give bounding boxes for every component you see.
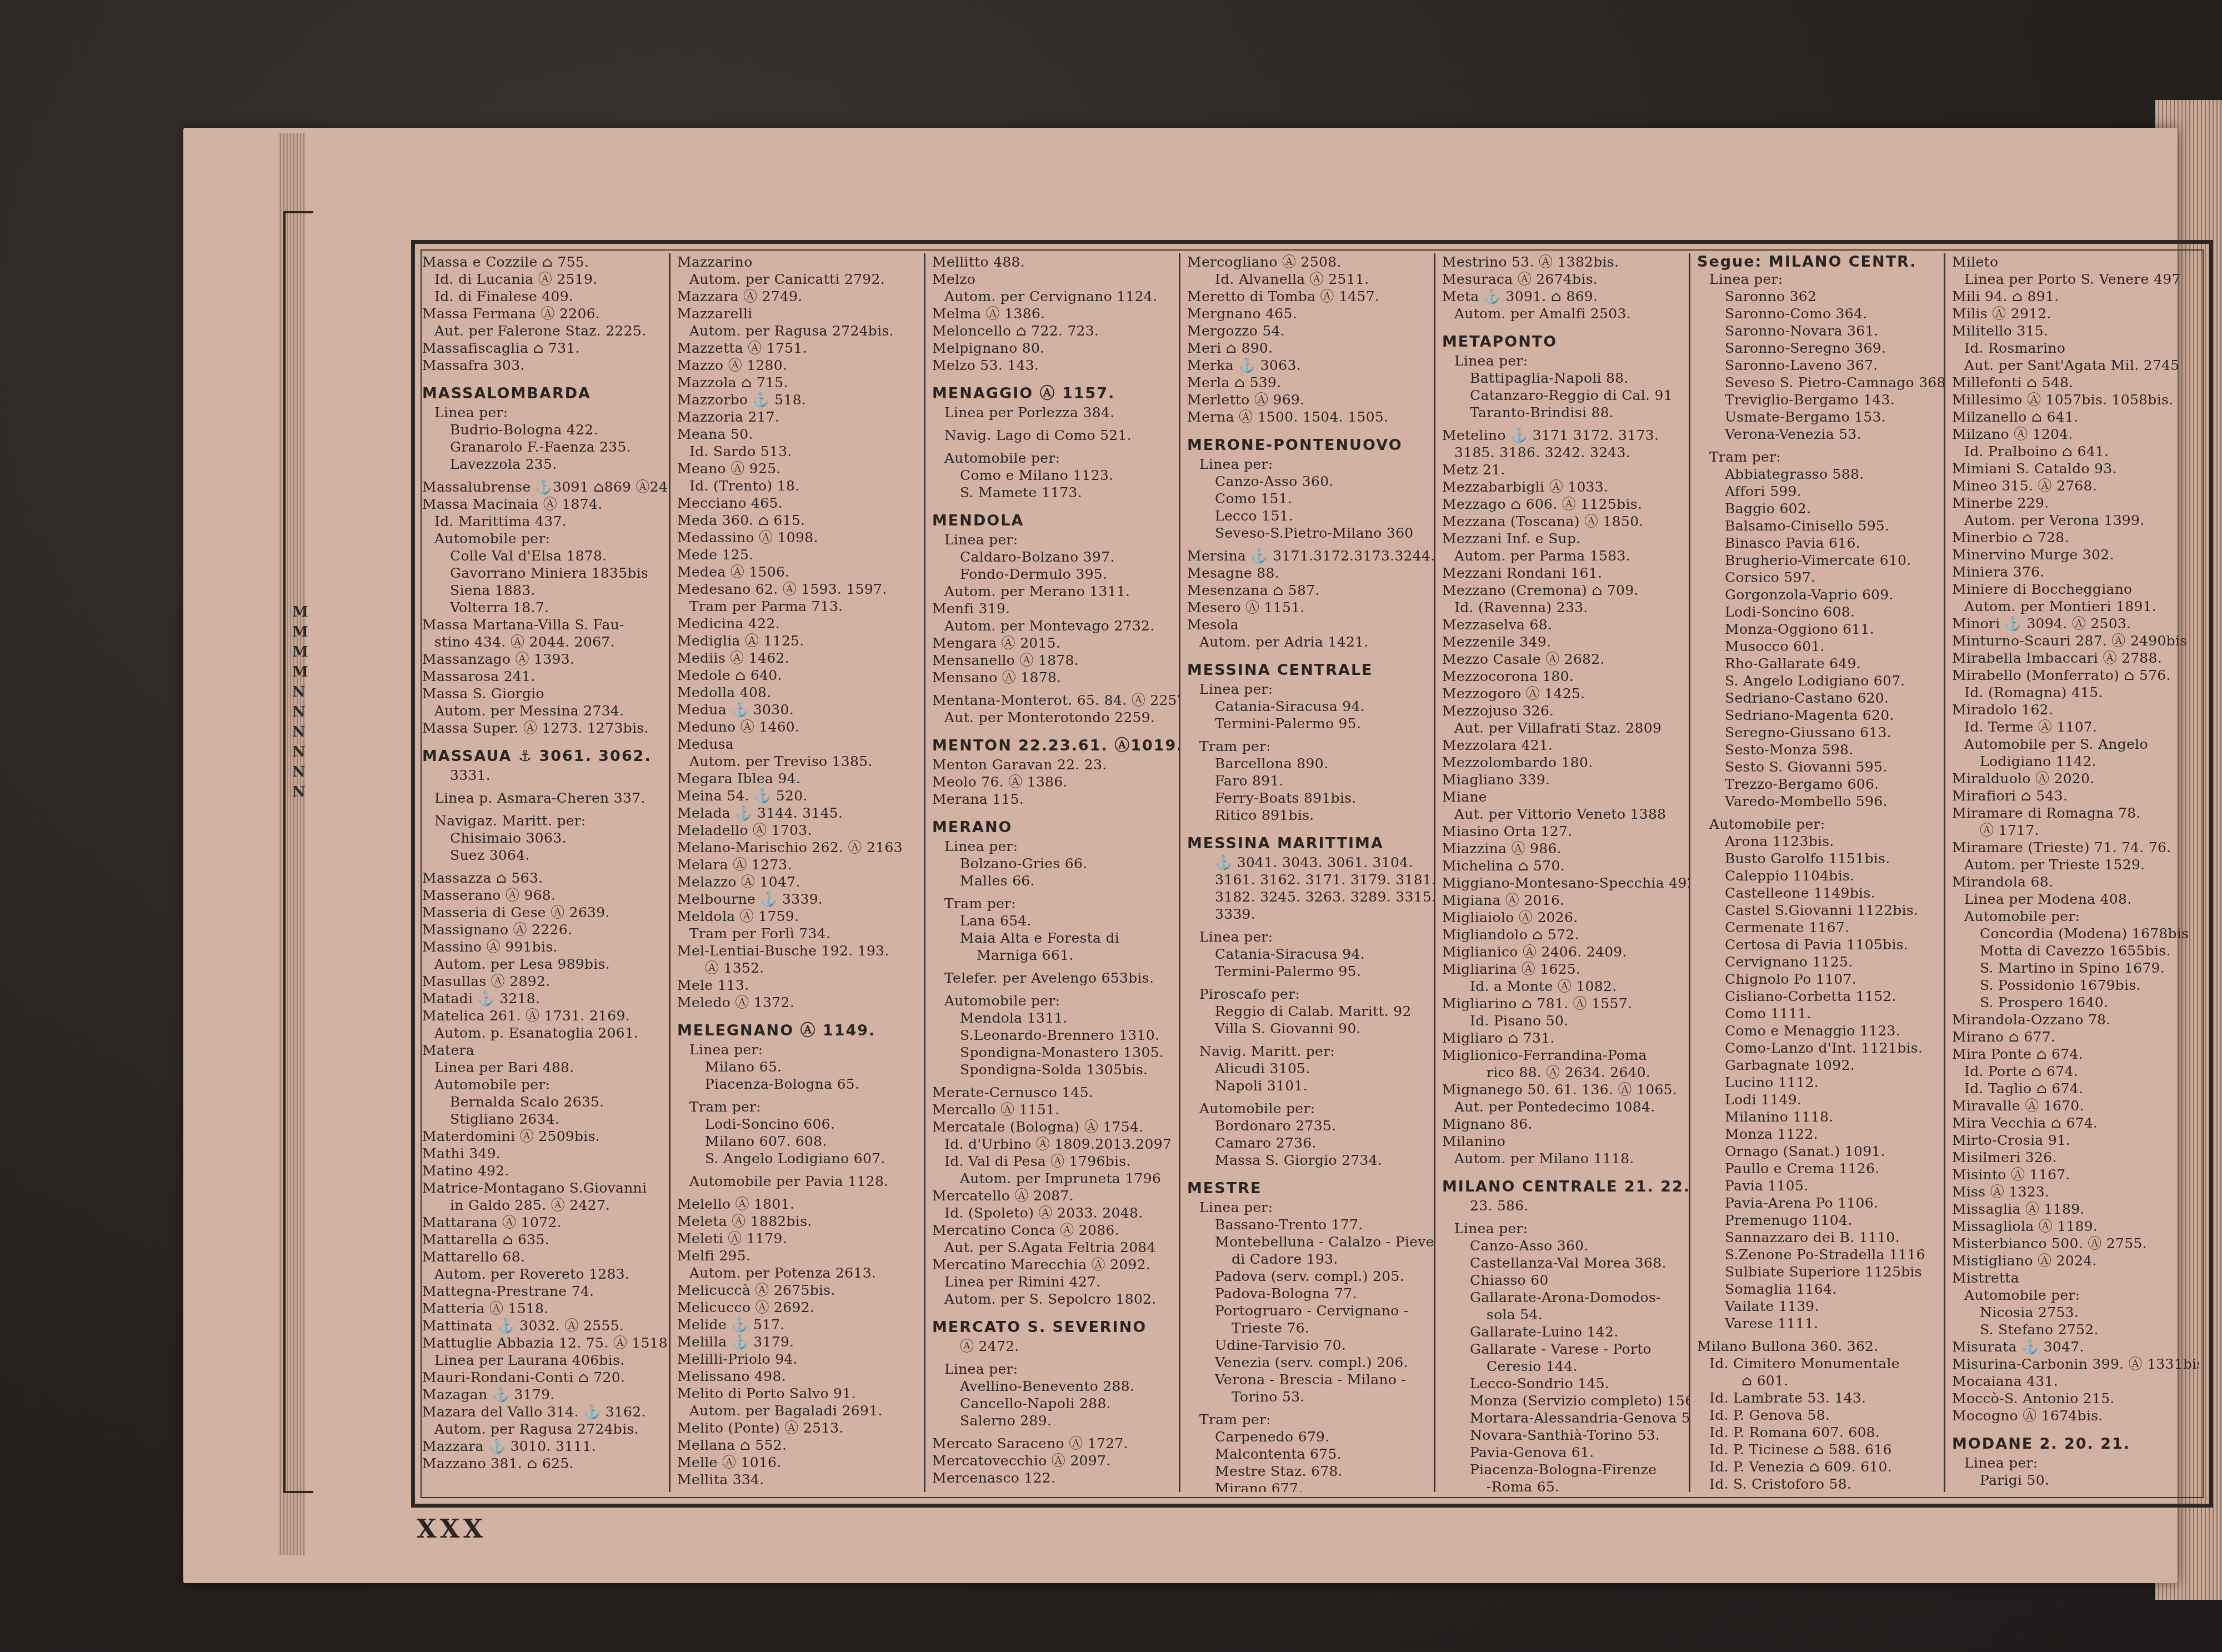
index-entry: Mattegna-Prestrane 74. <box>422 1283 664 1300</box>
index-entry: Ferry-Boats 891bis. <box>1187 789 1429 807</box>
index-entry: Millefonti ⌂ 548. <box>1952 374 2194 391</box>
index-entry: Caldaro-Bolzano 397. <box>932 548 1174 565</box>
index-heading: MASSALOMBARDA <box>422 384 664 404</box>
index-entry: Linea per: <box>1952 1454 2194 1471</box>
index-entry: Automobile per: <box>422 530 664 547</box>
index-entry: Miramare di Romagna 78. <box>1952 804 2194 822</box>
index-entry: Migliarino ⌂ 781. Ⓐ 1557. <box>1442 995 1684 1012</box>
index-entry: Aut. per Monterotondo 2259. <box>932 709 1174 726</box>
index-entry: Meduno Ⓐ 1460. <box>677 718 919 735</box>
index-entry: Melito (Ponte) Ⓐ 2513. <box>677 1419 919 1436</box>
index-entry: Mede 125. <box>677 546 919 563</box>
index-columns: Massa e Cozzile ⌂ 755.Id. di Lucania Ⓐ 2… <box>416 253 2199 1492</box>
index-entry: Id. Taglio ⌂ 674. <box>1952 1080 2194 1097</box>
index-entry: Mattarana Ⓐ 1072. <box>422 1214 664 1231</box>
index-entry: Fondo-Dermulo 395. <box>932 565 1174 583</box>
index-entry: Saronno-Laveno 367. <box>1697 357 1939 374</box>
index-entry: Autom. per Parma 1583. <box>1442 547 1684 564</box>
index-entry: Medicina 422. <box>677 615 919 632</box>
index-entry: Linea per: <box>422 404 664 421</box>
index-entry: Meri ⌂ 890. <box>1187 339 1429 357</box>
index-entry: Medua ⚓ 3030. <box>677 701 919 718</box>
index-entry: Autom. per Milano 1118. <box>1442 1150 1684 1167</box>
index-entry: S. Angelo Lodigiano 607. <box>677 1150 919 1167</box>
index-entry: Mellita 334. <box>677 1471 919 1488</box>
index-entry: Milis Ⓐ 2912. <box>1952 305 2194 322</box>
index-entry: Brugherio-Vimercate 610. <box>1697 552 1939 569</box>
index-entry: Melara Ⓐ 1273. <box>677 856 919 873</box>
index-entry: Autom. p. Esanatoglia 2061. <box>422 1024 664 1042</box>
index-entry: Navigaz. Maritt. per: <box>422 812 664 829</box>
index-entry: Automobile per: <box>1187 1100 1429 1117</box>
index-entry: S. Angelo Lodigiano 607. <box>1697 672 1939 689</box>
index-entry: Lucino 1112. <box>1697 1074 1939 1091</box>
index-entry: Miradolo 162. <box>1952 701 2194 718</box>
index-entry: Busto Garolfo 1151bis. <box>1697 850 1939 867</box>
index-entry: Navig. Lago di Como 521. <box>932 427 1174 444</box>
index-entry: Mesenzana ⌂ 587. <box>1187 582 1429 599</box>
index-entry: Massa S. Giorgio <box>422 685 664 702</box>
index-entry: Misurata ⚓ 3047. <box>1952 1338 2194 1355</box>
index-entry: Id. d'Urbino Ⓐ 1809.2013.2097 <box>932 1135 1174 1153</box>
index-entry: ⚓ 3041. 3043. 3061. 3104. <box>1187 854 1429 871</box>
index-entry: Mel-Lentiai-Busche 192. 193. <box>677 942 919 959</box>
index-entry: Massa S. Giorgio 2734. <box>1187 1152 1429 1169</box>
index-entry: Mirano ⌂ 677. <box>1952 1028 2194 1045</box>
index-entry: Miniere di Boccheggiano <box>1952 580 2194 598</box>
index-entry: Novara-Santhià-Torino 53. <box>1442 1426 1684 1444</box>
index-entry: Castellanza-Val Morea 368. <box>1442 1254 1684 1271</box>
index-entry: Melicuccà Ⓐ 2675bis. <box>677 1281 919 1299</box>
index-entry: Pavia-Arena Po 1106. <box>1697 1194 1939 1212</box>
index-entry: Id. S. Cristoforo 58. <box>1697 1475 1939 1492</box>
index-entry: Mocogno Ⓐ 1674bis. <box>1952 1407 2194 1424</box>
index-entry: Id. Pralboino ⌂ 641. <box>1952 443 2194 460</box>
index-entry: 3161. 3162. 3171. 3179. 3181. <box>1187 871 1429 888</box>
index-entry: Mensanello Ⓐ 1878. <box>932 652 1174 669</box>
index-entry: Como-Lanzo d'Int. 1121bis. <box>1697 1039 1939 1057</box>
index-entry: Suez 3064. <box>422 847 664 864</box>
index-entry: Miglianico Ⓐ 2406. 2409. <box>1442 943 1684 960</box>
index-entry: Mezzocorona 180. <box>1442 668 1684 685</box>
index-entry: Alicudi 3105. <box>1187 1060 1429 1077</box>
index-entry: Automobile per: <box>422 1076 664 1093</box>
index-entry: Millesimo Ⓐ 1057bis. 1058bis. <box>1952 391 2194 408</box>
index-entry: Materdomini Ⓐ 2509bis. <box>422 1128 664 1145</box>
index-entry: Automobile per Pavia 1128. <box>677 1173 919 1190</box>
index-entry: sola 54. <box>1442 1306 1684 1323</box>
index-entry: Melilla ⚓ 3179. <box>677 1333 919 1350</box>
index-entry: Abbiategrasso 588. <box>1697 465 1939 483</box>
index-entry: Mediglia Ⓐ 1125. <box>677 632 919 649</box>
index-entry: Matino 492. <box>422 1162 664 1179</box>
index-entry: Castel S.Giovanni 1122bis. <box>1697 902 1939 919</box>
index-entry: Autom. per Ragusa 2724bis. <box>422 1420 664 1438</box>
remnant-letter: N <box>292 702 308 722</box>
index-entry: stino 434. Ⓐ 2044. 2067. <box>422 633 664 650</box>
index-entry: Id. a Monte Ⓐ 1082. <box>1442 978 1684 995</box>
index-entry: Pavia-Genova 61. <box>1442 1444 1684 1461</box>
index-entry: Automobile per: <box>932 992 1174 1009</box>
index-entry: Tram per: <box>1697 448 1939 465</box>
index-entry: Id. P. Romana 607. 608. <box>1697 1424 1939 1441</box>
previous-page-remnant: MMMMNNNNNN <box>283 211 313 1493</box>
index-entry: Mazzetta Ⓐ 1751. <box>677 339 919 357</box>
index-entry: Como 1111. <box>1697 1005 1939 1022</box>
index-entry: Linea per: <box>932 838 1174 855</box>
index-entry: S. Possidonio 1679bis. <box>1952 977 2194 994</box>
index-entry: Linea per: <box>1187 680 1429 698</box>
remnant-letter: M <box>292 622 308 642</box>
index-entry: Aut. per Falerone Staz. 2225. <box>422 322 664 339</box>
index-entry: Mezzana (Toscana) Ⓐ 1850. <box>1442 513 1684 530</box>
index-heading: MERCATO S. SEVERINO <box>932 1318 1174 1338</box>
index-entry: Nicosia 2753. <box>1952 1304 2194 1321</box>
index-entry: Meta ⚓ 3091. ⌂ 869. <box>1442 288 1684 305</box>
index-entry: Migliaro ⌂ 731. <box>1442 1029 1684 1047</box>
index-entry: Autom. per Adria 1421. <box>1187 633 1429 650</box>
index-entry: Miravalle Ⓐ 1670. <box>1952 1097 2194 1114</box>
index-entry: Automobile per: <box>1952 1286 2194 1304</box>
index-entry: Melfi 295. <box>677 1247 919 1264</box>
index-entry: Cermenate 1167. <box>1697 919 1939 936</box>
index-entry: Piacenza-Bologna-Firenze <box>1442 1461 1684 1478</box>
index-entry: Bolzano-Gries 66. <box>932 855 1174 872</box>
index-entry: Montebelluna - Calalzo - Pieve <box>1187 1233 1429 1250</box>
index-entry: Metz 21. <box>1442 461 1684 478</box>
index-entry: Gavorrano Miniera 1835bis <box>422 564 664 582</box>
index-entry: Musocco 601. <box>1697 638 1939 655</box>
index-entry: Linea per: <box>1187 1199 1429 1216</box>
index-entry: Automobile per: <box>1952 908 2194 925</box>
index-entry: Catania-Siracusa 94. <box>1187 945 1429 963</box>
index-entry: Id. Sardo 513. <box>677 443 919 460</box>
index-entry: Automobile per: <box>1697 815 1939 833</box>
index-entry: Maia Alta e Foresta di <box>932 929 1174 947</box>
index-entry: Miglionico-Ferrandina-Poma <box>1442 1047 1684 1064</box>
index-entry: Lodi-Soncino 608. <box>1697 603 1939 620</box>
index-entry: Aut. per Pontedecimo 1084. <box>1442 1098 1684 1115</box>
index-entry: Id. (Romagna) 415. <box>1952 684 2194 701</box>
index-entry: Automobile per S. Angelo <box>1952 735 2194 753</box>
index-entry: Premenugo 1104. <box>1697 1212 1939 1229</box>
index-entry: 3339. <box>1187 905 1429 923</box>
index-entry: Mezzolara 421. <box>1442 737 1684 754</box>
index-entry: Miggiano-Montesano-Specchia 492. <box>1442 874 1684 892</box>
index-entry: Miramare (Trieste) 71. 74. 76. <box>1952 839 2194 856</box>
index-entry: Autom. per Montieri 1891. <box>1952 598 2194 615</box>
index-entry: Gallarate-Arona-Domodos- <box>1442 1289 1684 1306</box>
index-entry: Torino-Genova-Roma 50. <box>1952 1489 2194 1492</box>
index-entry: 3182. 3245. 3263. 3289. 3315. <box>1187 888 1429 905</box>
index-entry: Milano 607. 608. <box>677 1133 919 1150</box>
index-entry: Mili 94. ⌂ 891. <box>1952 288 2194 305</box>
index-entry: Mezzojuso 326. <box>1442 702 1684 719</box>
index-entry: Massarosa 241. <box>422 668 664 685</box>
index-entry: Medea Ⓐ 1506. <box>677 563 919 580</box>
index-entry: Linea per Porto S. Venere 497 <box>1952 271 2194 288</box>
index-entry: Merna Ⓐ 1500. 1504. 1505. <box>1187 408 1429 425</box>
index-entry: Volterra 18.7. <box>422 599 664 616</box>
index-entry: Melano-Marischio 262. Ⓐ 2163 <box>677 839 919 856</box>
index-entry: Misurina-Carbonin 399. Ⓐ 1331bis <box>1952 1355 2194 1373</box>
index-entry: Melissano 498. <box>677 1368 919 1385</box>
index-entry: Miss Ⓐ 1323. <box>1952 1183 2194 1200</box>
index-entry: Mortara-Alessandria-Genova 58 <box>1442 1409 1684 1426</box>
index-entry: Massafiscaglia ⌂ 731. <box>422 339 664 357</box>
index-entry: Ⓐ 2472. <box>932 1338 1174 1355</box>
index-entry: Portogruaro - Cervignano - <box>1187 1302 1429 1319</box>
index-entry: Mezzogoro Ⓐ 1425. <box>1442 685 1684 702</box>
index-entry: Autom. per Trieste 1529. <box>1952 856 2194 873</box>
index-entry: Megara Iblea 94. <box>677 770 919 787</box>
index-entry: Ornago (Sanat.) 1091. <box>1697 1143 1939 1160</box>
index-entry: Autom. per Merano 1311. <box>932 583 1174 600</box>
index-entry: Massanzago Ⓐ 1393. <box>422 650 664 668</box>
index-entry: di Cadore 193. <box>1187 1250 1429 1268</box>
index-entry: Mignano 86. <box>1442 1115 1684 1133</box>
index-entry: Gallarate - Varese - Porto <box>1442 1340 1684 1358</box>
index-column-6: Segue: MILANO CENTR.Linea per:Saronno 36… <box>1690 253 1945 1492</box>
index-entry: Id. Alvanella Ⓐ 2511. <box>1187 271 1429 288</box>
index-entry: Massa Fermana Ⓐ 2206. <box>422 305 664 322</box>
index-entry: Mezzabarbigli Ⓐ 1033. <box>1442 478 1684 495</box>
index-entry: Mellitto 488. <box>932 253 1174 271</box>
index-entry: Mocaiana 431. <box>1952 1373 2194 1390</box>
index-entry: Migliarina Ⓐ 1625. <box>1442 960 1684 978</box>
index-heading: MELEGNANO Ⓐ 1149. <box>677 1021 919 1041</box>
index-entry: Lana 654. <box>932 912 1174 929</box>
index-entry: Aut. per Villafrati Staz. 2809 <box>1442 719 1684 737</box>
index-entry: Como 151. <box>1187 490 1429 507</box>
index-entry: Balsamo-Cinisello 595. <box>1697 517 1939 534</box>
index-entry: Minerbe 229. <box>1952 494 2194 512</box>
index-entry: Aut. per S.Agata Feltria 2084 <box>932 1239 1174 1256</box>
index-entry: Meina 54. ⚓ 520. <box>677 787 919 804</box>
index-entry: Miniera 376. <box>1952 563 2194 580</box>
index-entry: S.Zenone Po-Stradella 1116 <box>1697 1246 1939 1263</box>
index-entry: Melazzo Ⓐ 1047. <box>677 873 919 890</box>
index-entry: Gallarate-Luino 142. <box>1442 1323 1684 1340</box>
index-entry: Trieste 76. <box>1187 1319 1429 1336</box>
index-entry: Missaglia Ⓐ 1189. <box>1952 1200 2194 1218</box>
index-entry: Tram per: <box>677 1098 919 1115</box>
index-entry: Somaglia 1164. <box>1697 1280 1939 1298</box>
index-entry: Mazzara ⚓ 3010. 3111. <box>422 1438 664 1455</box>
index-entry: Pavia 1105. <box>1697 1177 1939 1194</box>
index-entry: Verona - Brescia - Milano - <box>1187 1371 1429 1388</box>
index-entry: Mezzo Casale Ⓐ 2682. <box>1442 650 1684 668</box>
index-entry: Miagliano 339. <box>1442 771 1684 788</box>
index-entry: Monza (Servizio completo) 156 <box>1442 1392 1684 1409</box>
index-entry: Mimiani S. Cataldo 93. <box>1952 460 2194 477</box>
index-entry: Ritico 891bis. <box>1187 807 1429 824</box>
index-entry: Medusa <box>677 735 919 753</box>
index-entry: Id. (Ravenna) 233. <box>1442 599 1684 616</box>
index-entry: Bernalda Scalo 2635. <box>422 1093 664 1110</box>
index-entry: Trezzo-Bergamo 606. <box>1697 775 1939 793</box>
index-entry: Monza-Oggiono 611. <box>1697 620 1939 638</box>
index-entry: Verona-Venezia 53. <box>1697 425 1939 443</box>
index-entry: Telefer. per Avelengo 653bis. <box>932 969 1174 987</box>
index-entry: Ⓐ 1717. <box>1952 822 2194 839</box>
index-entry: Id. Lambrate 53. 143. <box>1697 1389 1939 1406</box>
index-entry: Id. Pisano 50. <box>1442 1012 1684 1029</box>
index-entry: Mengara Ⓐ 2015. <box>932 634 1174 652</box>
index-entry: Sedriano-Castano 620. <box>1697 689 1939 707</box>
index-column-3: Mellitto 488.MelzoAutom. per Cervignano … <box>925 253 1180 1492</box>
index-entry: Meretto di Tomba Ⓐ 1457. <box>1187 288 1429 305</box>
index-entry: Mirandola-Ozzano 78. <box>1952 1011 2194 1028</box>
index-entry: Linea per: <box>1442 352 1684 369</box>
index-entry: Mazagan ⚓ 3179. <box>422 1386 664 1403</box>
index-heading: METAPONTO <box>1442 332 1684 352</box>
index-entry: Massafra 303. <box>422 357 664 374</box>
index-entry: Massa e Cozzile ⌂ 755. <box>422 253 664 271</box>
index-entry: Granarolo F.-Faenza 235. <box>422 438 664 455</box>
index-entry: Mellana ⌂ 552. <box>677 1436 919 1454</box>
page-number: XXX <box>417 1514 486 1544</box>
index-entry: Canzo-Asso 360. <box>1442 1237 1684 1254</box>
index-entry: Miazzina Ⓐ 986. <box>1442 840 1684 857</box>
index-entry: 3331. <box>422 767 664 784</box>
index-entry: Mazara del Vallo 314. ⚓ 3162. <box>422 1403 664 1420</box>
index-entry: Mirafiori ⌂ 543. <box>1952 787 2194 804</box>
index-entry: Linea per: <box>1187 928 1429 945</box>
index-entry: Mesagne 88. <box>1187 564 1429 582</box>
index-entry: Seregno-Giussano 613. <box>1697 724 1939 741</box>
index-entry: Mecciano 465. <box>677 494 919 512</box>
index-entry: -Roma 65. <box>1442 1478 1684 1492</box>
index-entry: Mesero Ⓐ 1151. <box>1187 599 1429 616</box>
index-entry: Menfi 319. <box>932 600 1174 617</box>
index-column-4: Mercogliano Ⓐ 2508.Id. Alvanella Ⓐ 2511.… <box>1180 253 1435 1492</box>
index-entry: Torino 53. <box>1187 1388 1429 1405</box>
index-entry: Lodigiano 1142. <box>1952 753 2194 770</box>
index-heading: MENTON 22.23.61. Ⓐ1019.1076 <box>932 736 1174 756</box>
index-entry: Autom. per Bagaladi 2691. <box>677 1402 919 1419</box>
index-entry: Mistigliano Ⓐ 2024. <box>1952 1252 2194 1269</box>
index-heading: MENAGGIO Ⓐ 1157. <box>932 384 1174 404</box>
index-entry: Mele 113. <box>677 977 919 994</box>
index-entry: Autom. per Cervignano 1124. <box>932 288 1174 305</box>
index-entry: Sesto S. Giovanni 595. <box>1697 758 1939 775</box>
index-entry: Miane <box>1442 788 1684 805</box>
index-entry: Bordonaro 2735. <box>1187 1117 1429 1134</box>
index-entry: Miasino Orta 127. <box>1442 823 1684 840</box>
index-heading: MERANO <box>932 818 1174 838</box>
index-entry: Massa Martana-Villa S. Fau- <box>422 616 664 633</box>
index-entry: Mentana-Monterot. 65. 84. Ⓐ 2257. <box>932 692 1174 709</box>
index-entry: 3185. 3186. 3242. 3243. <box>1442 444 1684 461</box>
index-entry: Seveso S. Pietro-Camnago 368. <box>1697 374 1939 391</box>
index-entry: Mistretta <box>1952 1269 2194 1286</box>
index-entry: Mazzara Ⓐ 2749. <box>677 288 919 305</box>
index-entry: Milzano Ⓐ 1204. <box>1952 425 2194 443</box>
index-entry: Autom. per Potenza 2613. <box>677 1264 919 1281</box>
index-entry: Linea per: <box>1442 1220 1684 1237</box>
index-heading: MESTRE <box>1187 1179 1429 1199</box>
index-entry: Mathi 349. <box>422 1145 664 1162</box>
index-entry: Salerno 289. <box>932 1412 1174 1429</box>
index-entry: Padova (serv. compl.) 205. <box>1187 1268 1429 1285</box>
index-entry: Monza 1122. <box>1697 1125 1939 1143</box>
index-entry: Mercogliano Ⓐ 2508. <box>1187 253 1429 271</box>
index-entry: Massignano Ⓐ 2226. <box>422 921 664 938</box>
index-entry: Varese 1111. <box>1697 1315 1939 1332</box>
index-entry: Baggio 602. <box>1697 500 1939 517</box>
index-entry: Mensano Ⓐ 1878. <box>932 669 1174 686</box>
index-entry: Linea per: <box>1697 271 1939 288</box>
index-entry: Segue: MILANO CENTR. <box>1697 253 1939 271</box>
index-entry: Termini-Palermo 95. <box>1187 715 1429 732</box>
index-entry: Merka ⚓ 3063. <box>1187 357 1429 374</box>
index-entry: Medassino Ⓐ 1098. <box>677 529 919 546</box>
index-entry: Medesano 62. Ⓐ 1593. 1597. <box>677 580 919 598</box>
index-entry: Melzo <box>932 271 1174 288</box>
index-entry: Binasco Pavia 616. <box>1697 534 1939 552</box>
index-entry: Meladello Ⓐ 1703. <box>677 822 919 839</box>
index-entry: Mercato Saraceno Ⓐ 1727. <box>932 1435 1174 1452</box>
index-entry: Garbagnate 1092. <box>1697 1057 1939 1074</box>
index-entry: Linea per: <box>932 531 1174 548</box>
index-entry: Faro 891. <box>1187 772 1429 789</box>
index-entry: Mattarella ⌂ 635. <box>422 1231 664 1248</box>
index-entry: Id. P. Genova 58. <box>1697 1406 1939 1424</box>
index-entry: Meleta Ⓐ 1882bis. <box>677 1213 919 1230</box>
index-entry: Medolla 408. <box>677 684 919 701</box>
index-entry: Misterbianco 500. Ⓐ 2755. <box>1952 1235 2194 1252</box>
remnant-letter: N <box>292 682 308 702</box>
index-entry: Bassano-Trento 177. <box>1187 1216 1429 1233</box>
remnant-letters: MMMMNNNNNN <box>292 602 308 802</box>
index-entry: Mazzola ⌂ 715. <box>677 374 919 391</box>
index-entry: Linea per Bari 488. <box>422 1059 664 1076</box>
index-entry: Ceresio 144. <box>1442 1358 1684 1375</box>
index-entry: Mazzorbo ⚓ 518. <box>677 391 919 408</box>
index-entry: Mezzago ⌂ 606. Ⓐ 1125bis. <box>1442 495 1684 513</box>
index-entry: Id. (Trento) 18. <box>677 477 919 494</box>
index-entry: Massazza ⌂ 563. <box>422 869 664 887</box>
index-entry: Masserano Ⓐ 968. <box>422 887 664 904</box>
index-entry: Massino Ⓐ 991bis. <box>422 938 664 955</box>
index-entry: Autom. per Canicatti 2792. <box>677 271 919 288</box>
index-entry: Mignanego 50. 61. 136. Ⓐ 1065. <box>1442 1081 1684 1098</box>
index-entry: Mersina ⚓ 3171.3172.3173.3244. <box>1187 547 1429 564</box>
index-entry: Medole ⌂ 640. <box>677 667 919 684</box>
index-entry: Minturno-Scauri 287. Ⓐ 2490bis <box>1952 632 2194 649</box>
index-entry: Treviglio-Bergamo 143. <box>1697 391 1939 408</box>
index-entry: Mazzarino <box>677 253 919 271</box>
index-entry: Mercatello Ⓐ 2087. <box>932 1187 1174 1204</box>
index-entry: Id. (Spoleto) Ⓐ 2033. 2048. <box>932 1204 1174 1222</box>
index-entry: Meledo Ⓐ 1372. <box>677 994 919 1011</box>
index-entry: Id. Rosmarino <box>1952 339 2194 357</box>
index-entry: Napoli 3101. <box>1187 1077 1429 1094</box>
index-entry: Spondigna-Solda 1305bis. <box>932 1061 1174 1078</box>
index-entry: Mercatovecchio Ⓐ 2097. <box>932 1452 1174 1469</box>
index-entry: Linea p. Asmara-Cheren 337. <box>422 789 664 807</box>
index-entry: rico 88. Ⓐ 2634. 2640. <box>1442 1064 1684 1081</box>
index-entry: Linea per Laurana 406bis. <box>422 1351 664 1369</box>
index-entry: Mezzano (Cremona) ⌂ 709. <box>1442 582 1684 599</box>
index-entry: Chisimaio 3063. <box>422 829 664 847</box>
index-entry: Autom. per S. Sepolcro 1802. <box>932 1290 1174 1308</box>
index-entry: Misilmeri 326. <box>1952 1149 2194 1166</box>
index-entry: Mezzani Inf. e Sup. <box>1442 530 1684 547</box>
index-heading: MERONE-PONTENUOVO <box>1187 435 1429 455</box>
index-entry: Autom. per Ragusa 2724bis. <box>677 322 919 339</box>
